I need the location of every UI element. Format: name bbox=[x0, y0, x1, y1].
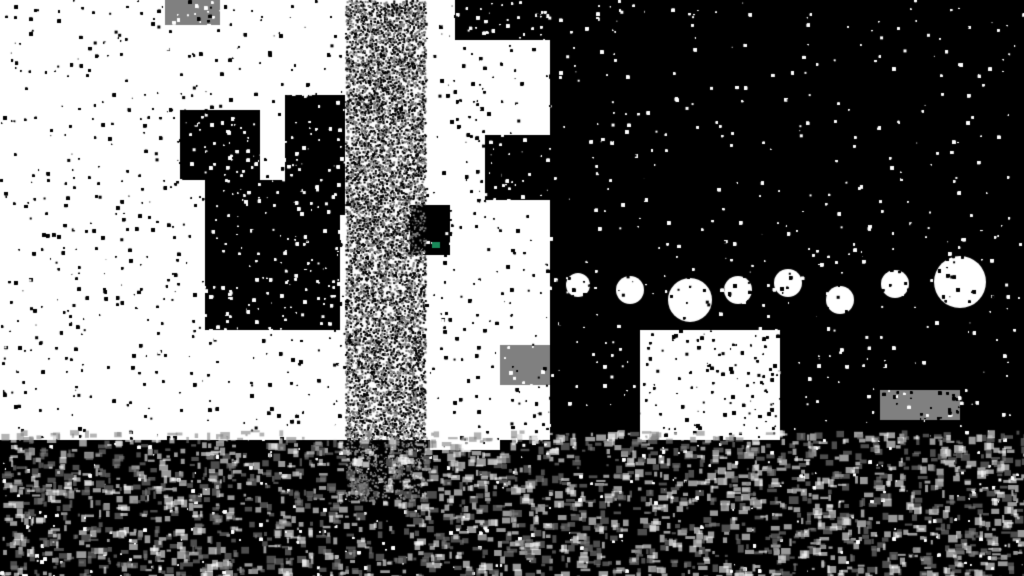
noise-field bbox=[0, 0, 1024, 576]
